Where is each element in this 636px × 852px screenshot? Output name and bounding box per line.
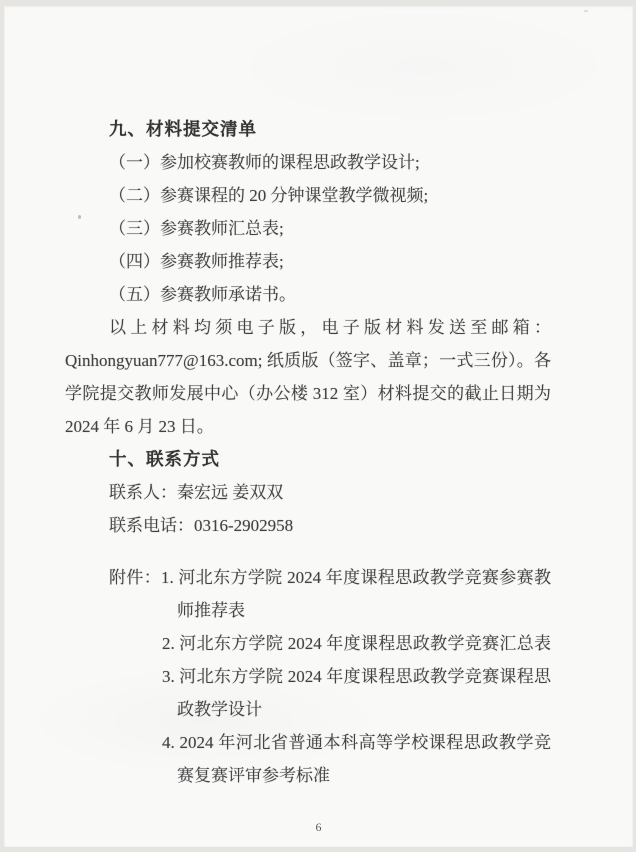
document-page: 九、材料提交清单 （一）参加校赛教师的课程思政教学设计; （二）参赛课程的 20… [4,6,633,847]
section-9-item-1: （一）参加校赛教师的课程思政教学设计; [65,146,551,179]
attachments-line-4: 3. 河北东方学院 2024 年度课程思政教学竞赛课程思 [65,660,551,693]
attachments-line-7: 赛复赛评审参考标准 [65,759,551,792]
attachments-line-5: 政教学设计 [65,693,551,726]
attachments-line-2: 师推荐表 [65,594,551,627]
page-number: 6 [4,820,633,835]
section-9-item-2: （二）参赛课程的 20 分钟课堂教学微视频; [65,179,551,212]
submission-paragraph-line-1: 以上材料均须电子版，电子版材料发送至邮箱： [65,311,551,344]
attachments-line-6: 4. 2024 年河北省普通本科高等学校课程思政教学竞 [65,726,551,759]
scan-speck [584,10,588,12]
section-9-item-5: （五）参赛教师承诺书。 [65,278,551,311]
attachments-block: 附件：1. 河北东方学院 2024 年度课程思政教学竞赛参赛教 师推荐表 2. … [65,561,551,792]
section-9-item-4: （四）参赛教师推荐表; [65,245,551,278]
attachments-line-3: 2. 河北东方学院 2024 年度课程思政教学竞赛汇总表 [65,627,551,660]
submission-paragraph-line-3: 学院提交教师发展中心（办公楼 312 室）材料提交的截止日期为 [65,377,551,410]
section-9-heading: 九、材料提交清单 [65,113,551,146]
section-9-item-3: （三）参赛教师汇总表; [65,212,551,245]
section-10-heading: 十、联系方式 [65,443,551,476]
scan-speck [78,215,81,219]
submission-paragraph-line-2: Qinhongyuan777@163.com; 纸质版（签字、盖章；一式三份）。… [65,344,551,377]
contact-person-line: 联系人：秦宏远 姜双双 [65,476,551,509]
contact-phone-line: 联系电话：0316-2902958 [65,509,551,542]
document-body: 九、材料提交清单 （一）参加校赛教师的课程思政教学设计; （二）参赛课程的 20… [65,113,551,542]
submission-paragraph-line-4: 2024 年 6 月 23 日。 [65,410,551,443]
attachments-line-1: 附件：1. 河北东方学院 2024 年度课程思政教学竞赛参赛教 [65,561,551,594]
